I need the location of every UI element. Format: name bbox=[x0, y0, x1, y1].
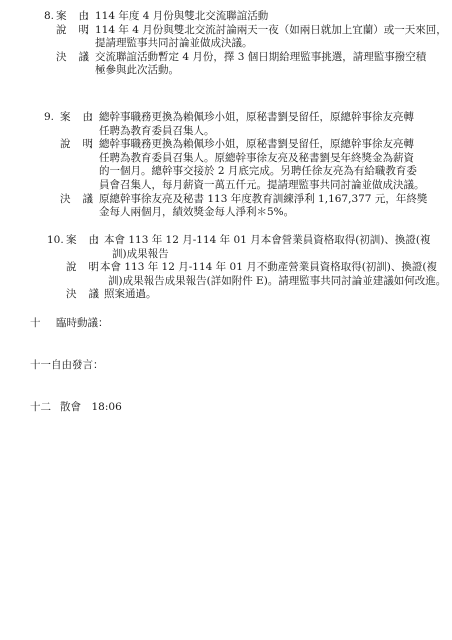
item-10-description-row: 說明 ： 本會 113 年 12 月-114 年 01 月不動產營業員資格取得(… bbox=[0, 261, 452, 288]
agenda-item-9: 9. 案由 ： 總幹事職務更換為賴佩珍小姐，原秘書劉旻留任，原總幹事徐友亮轉 任… bbox=[0, 111, 452, 220]
item-8-description-row: 說明 ： 114 年 4 月份與雙北交流討論兩天一夜（如兩日就加上宜蘭）或一天來… bbox=[0, 24, 452, 51]
item-10-description-text: 本會 113 年 12 月-114 年 01 月不動產營業員資格取得(初訓)、換… bbox=[100, 261, 445, 288]
label-colon: ： bbox=[94, 234, 105, 248]
section-extempore-motions: 十臨時動議： bbox=[30, 317, 109, 331]
item-10-resolution-text: 照案通過。 bbox=[104, 288, 444, 302]
section-number: 十二 bbox=[30, 401, 56, 415]
item-9-subject-row: 9. 案由 ： 總幹事職務更換為賴佩珍小姐，原秘書劉旻留任，原總幹事徐友亮轉 任… bbox=[0, 111, 452, 138]
item-number: 10. bbox=[47, 234, 64, 248]
section-number: 十一 bbox=[30, 359, 51, 373]
agenda-item-8: 8. 案由 ： 114 年度 4 月份與雙北交流聯誼活動 說明 ： 114 年 … bbox=[0, 10, 452, 78]
label-colon: ： bbox=[84, 51, 95, 65]
meeting-minutes-page: 8. 案由 ： 114 年度 4 月份與雙北交流聯誼活動 說明 ： 114 年 … bbox=[0, 0, 452, 640]
label-colon: ： bbox=[88, 138, 99, 152]
item-8-resolution-text: 交流聯誼活動暫定 4 月份，擇 3 個日期給理監事挑選，請理監事撥空積 極參與此… bbox=[95, 51, 445, 78]
label-colon: ： bbox=[88, 111, 99, 125]
section-free-speech: 十一自由發言： bbox=[30, 359, 104, 373]
item-9-resolution-text: 原總幹事徐友亮及秘書 113 年度教育訓練淨利 1,167,377 元，年終獎 … bbox=[99, 193, 444, 220]
item-9-resolution-row: 決議 ： 原總幹事徐友亮及秘書 113 年度教育訓練淨利 1,167,377 元… bbox=[0, 193, 452, 220]
item-9-description-text: 總幹事職務更換為賴佩珍小姐，原秘書劉旻留任，原總幹事徐友亮轉 任聘為教育委員召集… bbox=[99, 138, 444, 192]
item-9-subject-text: 總幹事職務更換為賴佩珍小姐，原秘書劉旻留任，原總幹事徐友亮轉 任聘為教育委員召集… bbox=[99, 111, 444, 138]
label-colon: ： bbox=[90, 261, 101, 275]
section-title: 自由發言： bbox=[51, 359, 104, 373]
section-title: 散會 18:06 bbox=[60, 401, 122, 415]
item-10-subject-row: 10. 案由 ： 本會 113 年 12 月-114 年 01 月本會營業員資格… bbox=[0, 234, 452, 261]
section-adjournment: 十二散會 18:06 bbox=[30, 401, 122, 415]
item-8-resolution-row: 決議 ： 交流聯誼活動暫定 4 月份，擇 3 個日期給理監事挑選，請理監事撥空積… bbox=[0, 51, 452, 78]
item-9-description-row: 說明 ： 總幹事職務更換為賴佩珍小姐，原秘書劉旻留任，原總幹事徐友亮轉 任聘為教… bbox=[0, 138, 452, 192]
section-title: 臨時動議： bbox=[56, 317, 109, 331]
label-colon: ： bbox=[84, 10, 95, 24]
item-8-subject-text: 114 年度 4 月份與雙北交流聯誼活動 bbox=[95, 10, 435, 24]
item-number: 8. bbox=[44, 10, 54, 24]
label-colon: ： bbox=[94, 288, 105, 302]
item-8-subject-row: 8. 案由 ： 114 年度 4 月份與雙北交流聯誼活動 bbox=[0, 10, 452, 24]
label-colon: ： bbox=[88, 193, 99, 207]
section-number: 十 bbox=[30, 317, 52, 331]
item-number: 9. bbox=[44, 111, 54, 125]
item-10-resolution-row: 決議 ： 照案通過。 bbox=[0, 288, 452, 302]
label-colon: ： bbox=[84, 24, 95, 38]
item-10-subject-text: 本會 113 年 12 月-114 年 01 月本會營業員資格取得(初訓)、換證… bbox=[104, 234, 444, 261]
item-8-description-text: 114 年 4 月份與雙北交流討論兩天一夜（如兩日就加上宜蘭）或一天來回， 提請… bbox=[95, 24, 445, 51]
agenda-item-10: 10. 案由 ： 本會 113 年 12 月-114 年 01 月本會營業員資格… bbox=[0, 234, 452, 302]
